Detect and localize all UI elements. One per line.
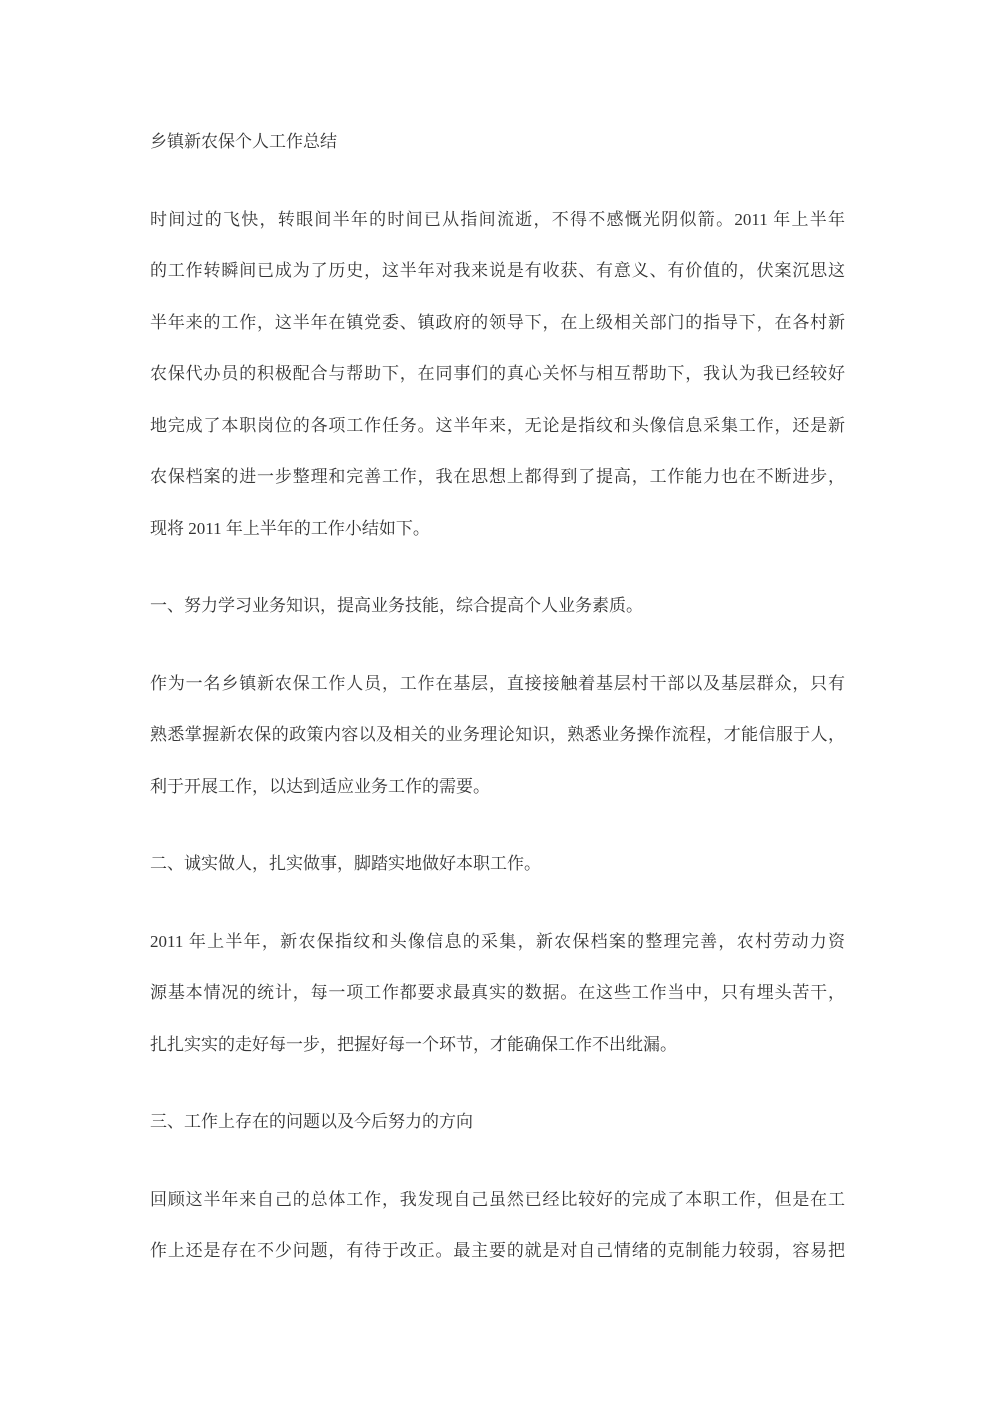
text-line: 2011 年上半年，新农保指纹和头像信息的采集，新农保档案的整理完善，农村劳动力… xyxy=(150,916,845,968)
document-page: 乡镇新农保个人工作总结时间过的飞快，转眼间半年的时间已从指间流逝，不得不感慨光阴… xyxy=(0,0,1000,1415)
section-heading: 一、努力学习业务知识，提高业务技能，综合提高个人业务素质。 xyxy=(150,580,845,632)
body-paragraph: 回顾这半年来自己的总体工作，我发现自己虽然已经比较好的完成了本职工作，但是在工作… xyxy=(150,1174,845,1277)
text-line: 利于开展工作，以达到适应业务工作的需要。 xyxy=(150,761,845,813)
document-body: 乡镇新农保个人工作总结时间过的飞快，转眼间半年的时间已从指间流逝，不得不感慨光阴… xyxy=(150,116,845,1277)
text-line: 现将 2011 年上半年的工作小结如下。 xyxy=(150,503,845,555)
text-line: 地完成了本职岗位的各项工作任务。这半年来，无论是指纹和头像信息采集工作，还是新 xyxy=(150,400,845,452)
text-line: 回顾这半年来自己的总体工作，我发现自己虽然已经比较好的完成了本职工作，但是在工 xyxy=(150,1174,845,1226)
section-heading: 二、诚实做人，扎实做事，脚踏实地做好本职工作。 xyxy=(150,838,845,890)
text-line: 作上还是存在不少问题，有待于改正。最主要的就是对自己情绪的克制能力较弱，容易把 xyxy=(150,1225,845,1277)
body-paragraph: 2011 年上半年，新农保指纹和头像信息的采集，新农保档案的整理完善，农村劳动力… xyxy=(150,916,845,1071)
text-line: 的工作转瞬间已成为了历史，这半年对我来说是有收获、有意义、有价值的，伏案沉思这 xyxy=(150,245,845,297)
section-heading: 三、工作上存在的问题以及今后努力的方向 xyxy=(150,1096,845,1148)
text-line: 二、诚实做人，扎实做事，脚踏实地做好本职工作。 xyxy=(150,838,845,890)
text-line: 时间过的飞快，转眼间半年的时间已从指间流逝，不得不感慨光阴似箭。2011 年上半… xyxy=(150,194,845,246)
text-line: 作为一名乡镇新农保工作人员，工作在基层，直接接触着基层村干部以及基层群众，只有 xyxy=(150,658,845,710)
body-paragraph: 作为一名乡镇新农保工作人员，工作在基层，直接接触着基层村干部以及基层群众，只有熟… xyxy=(150,658,845,813)
text-line: 半年来的工作，这半年在镇党委、镇政府的领导下，在上级相关部门的指导下，在各村新 xyxy=(150,297,845,349)
text-line: 熟悉掌握新农保的政策内容以及相关的业务理论知识，熟悉业务操作流程，才能信服于人， xyxy=(150,709,845,761)
text-line: 三、工作上存在的问题以及今后努力的方向 xyxy=(150,1096,845,1148)
body-paragraph: 时间过的飞快，转眼间半年的时间已从指间流逝，不得不感慨光阴似箭。2011 年上半… xyxy=(150,194,845,555)
text-line: 农保代办员的积极配合与帮助下，在同事们的真心关怀与相互帮助下，我认为我已经较好 xyxy=(150,348,845,400)
text-line: 乡镇新农保个人工作总结 xyxy=(150,116,845,168)
text-line: 农保档案的进一步整理和完善工作，我在思想上都得到了提高，工作能力也在不断进步， xyxy=(150,451,845,503)
text-line: 扎扎实实的走好每一步，把握好每一个环节，才能确保工作不出纰漏。 xyxy=(150,1019,845,1071)
text-line: 源基本情况的统计，每一项工作都要求最真实的数据。在这些工作当中，只有埋头苦干， xyxy=(150,967,845,1019)
text-line: 一、努力学习业务知识，提高业务技能，综合提高个人业务素质。 xyxy=(150,580,845,632)
document-title: 乡镇新农保个人工作总结 xyxy=(150,116,845,168)
